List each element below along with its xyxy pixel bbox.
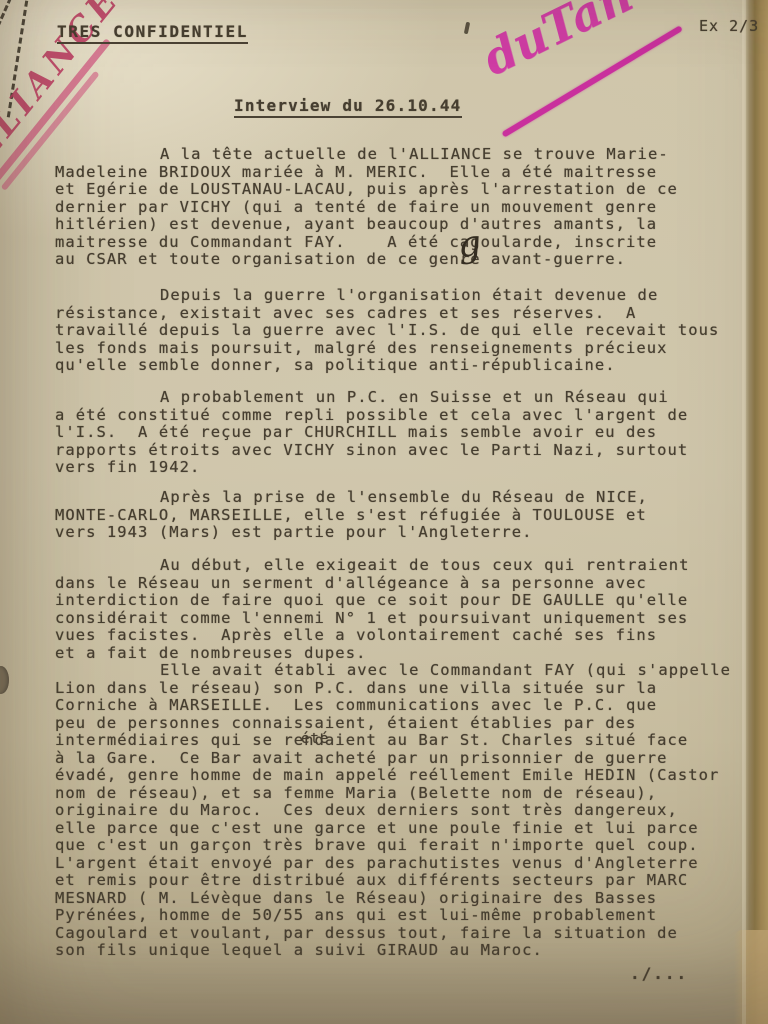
continuation-mark: ./... bbox=[630, 964, 688, 983]
copy-number: Ex 2/3 bbox=[699, 17, 759, 35]
pen-dashed-line-short bbox=[0, 0, 12, 35]
page-right-edge bbox=[744, 0, 768, 1024]
document-title: Interview du 26.10.44 bbox=[234, 96, 462, 118]
paragraph-1: A la tête actuelle de l'ALLIANCE se trou… bbox=[55, 146, 745, 269]
ink-speck bbox=[464, 22, 470, 35]
typed-insertion-ete: été bbox=[301, 731, 329, 747]
paragraph-2: Depuis la guerre l'organisation était de… bbox=[55, 287, 745, 375]
classification-stamp: TRES CONFIDENTIEL bbox=[57, 22, 248, 44]
handwritten-correction-g: g bbox=[456, 223, 483, 266]
handwritten-signature: duTan bbox=[474, 0, 668, 86]
scanned-document-page: ALLIANCE TRES CONFIDENTIEL Ex 2/3 duTan … bbox=[0, 0, 768, 1024]
paragraph-5: Au début, elle exigeait de tous ceux qui… bbox=[55, 557, 745, 662]
punch-hole bbox=[0, 666, 9, 694]
paragraph-4: Après la prise de l'ensemble du Réseau d… bbox=[55, 489, 745, 542]
paragraph-6: Elle avait établi avec le Commandant FAY… bbox=[55, 662, 745, 960]
paragraph-3: A probablement un P.C. en Suisse et un R… bbox=[55, 389, 745, 477]
